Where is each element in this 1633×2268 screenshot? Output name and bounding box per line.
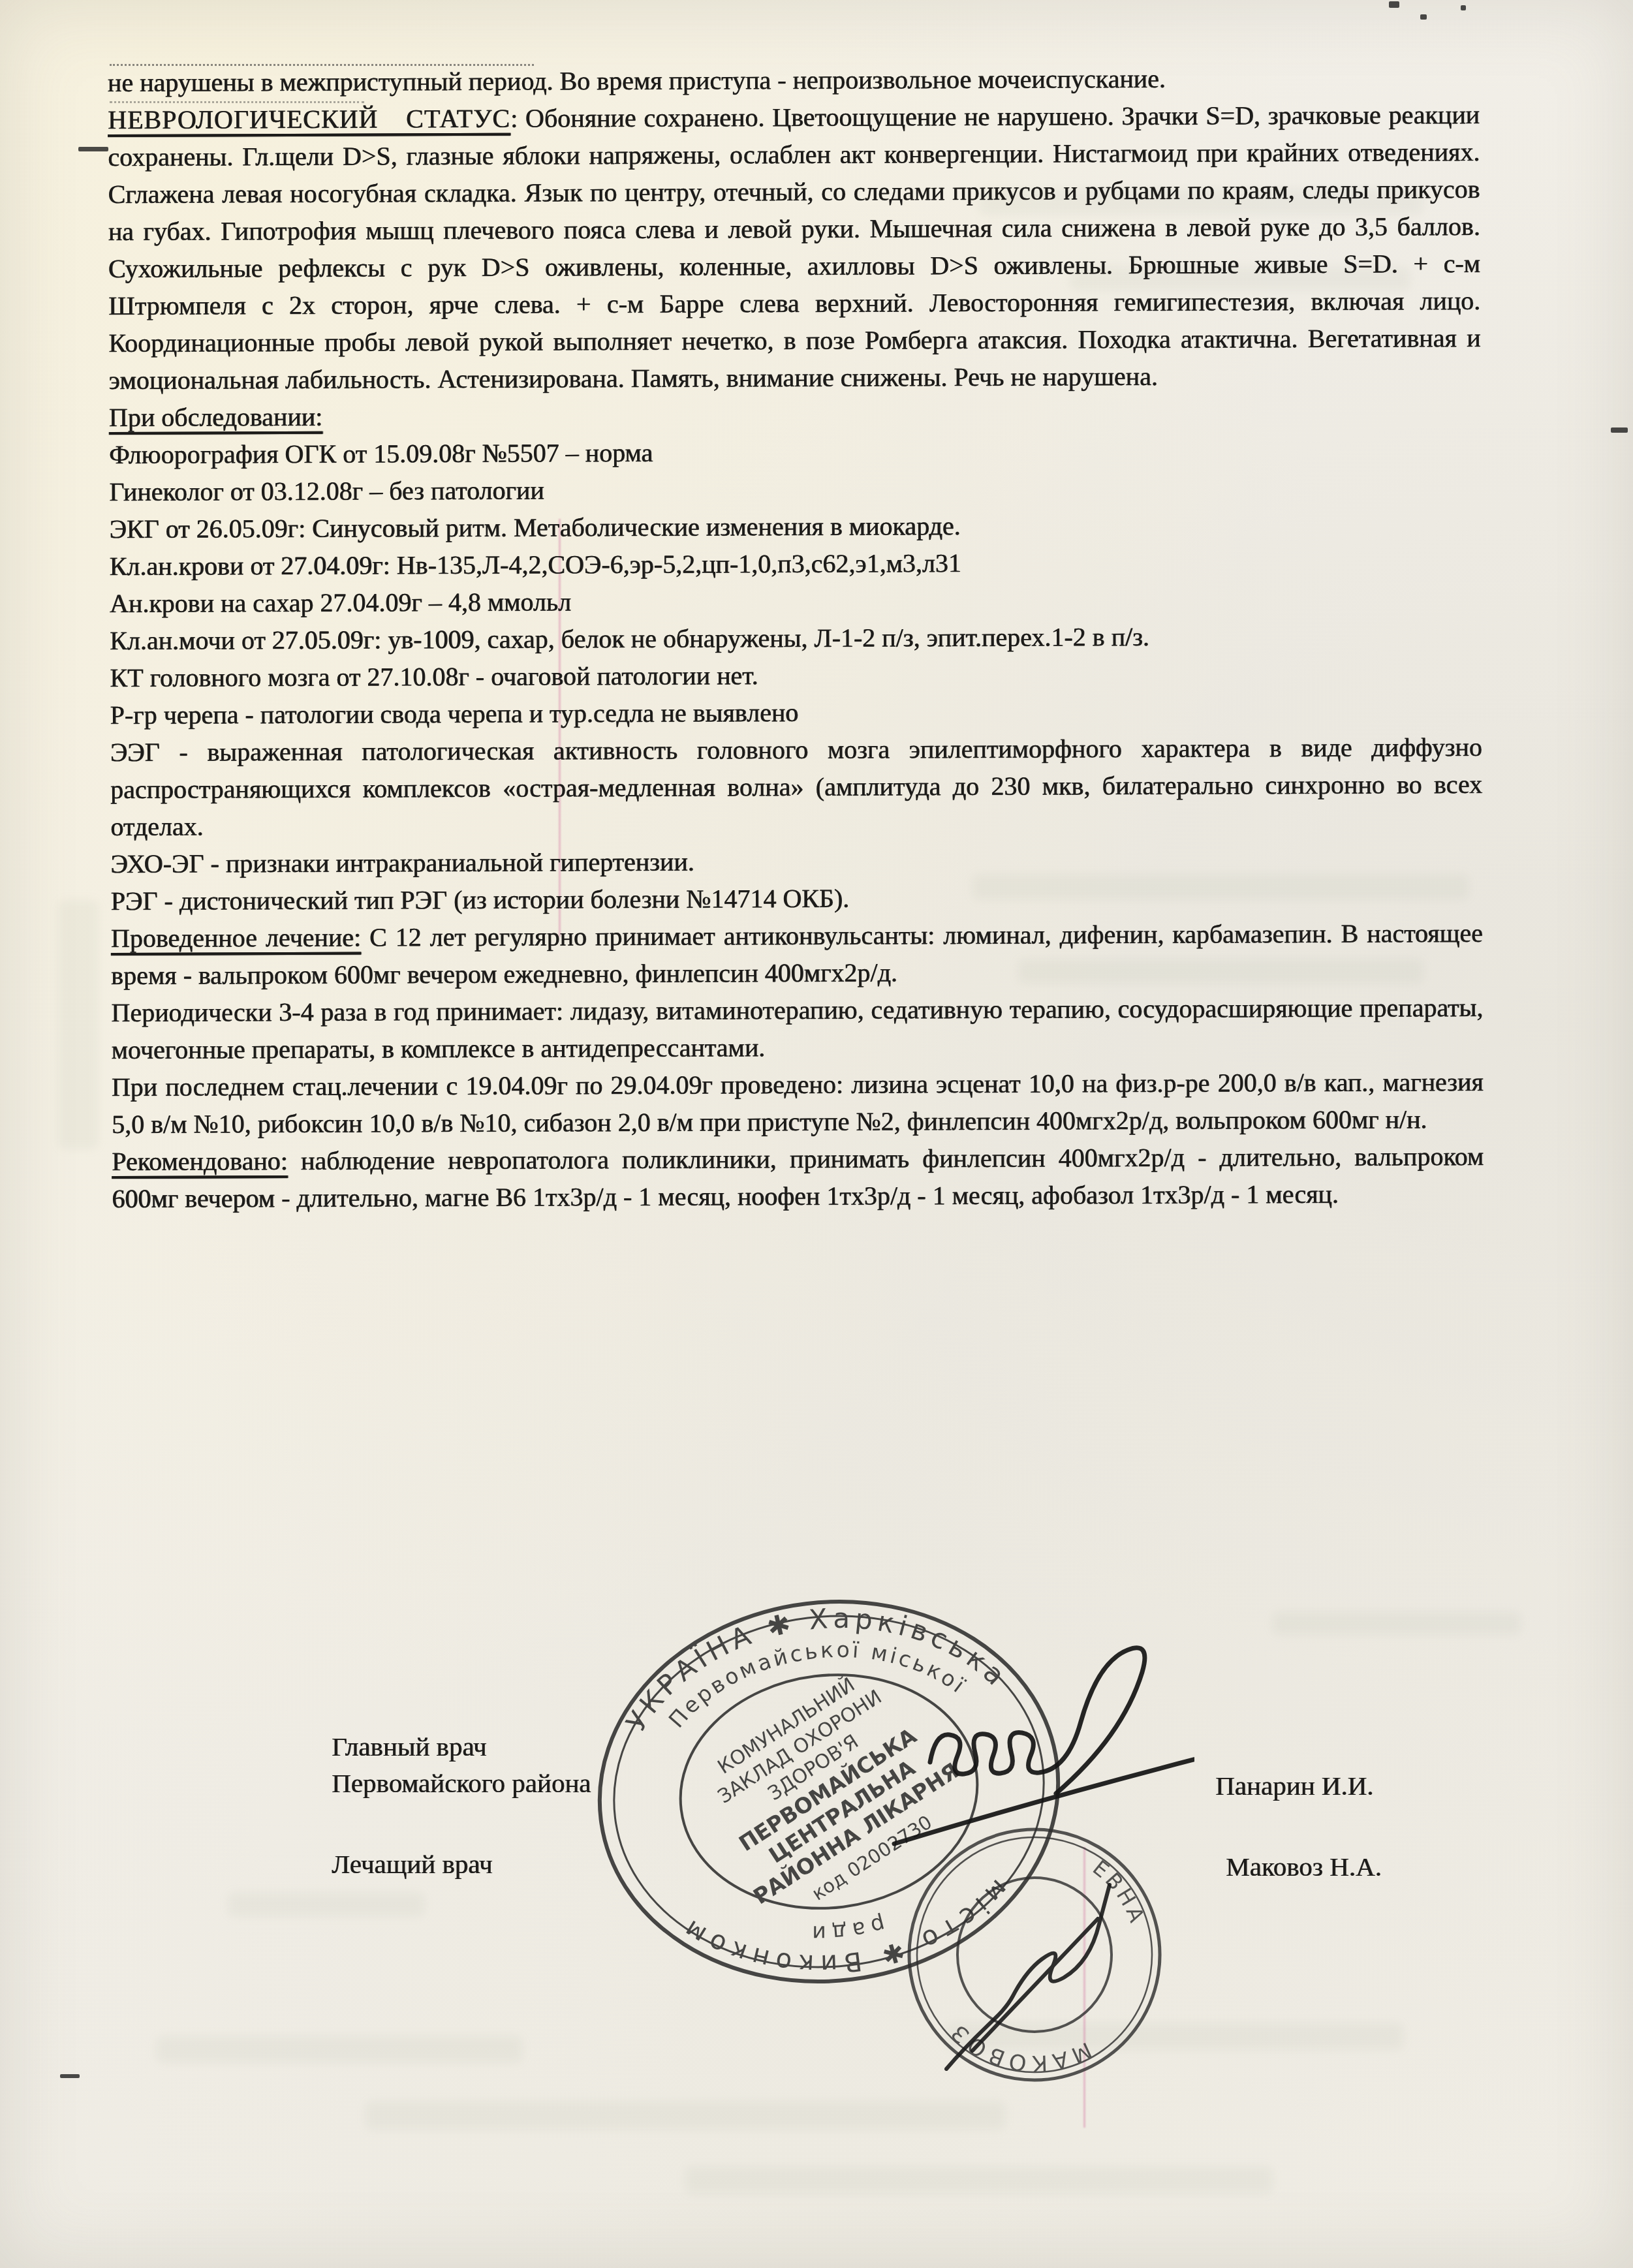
chief-doctor-name: Панарин И.И. (1215, 1767, 1373, 1804)
chief-doctor-role-line2: Первомайского района (332, 1765, 591, 1801)
treatment-heading: Проведенное лечение: (111, 923, 361, 953)
scanned-document-page: не нарушены в межприступный период. Во в… (0, 0, 1633, 2268)
examination-item: Гинеколог от 03.12.08г – без патологии (109, 468, 1481, 510)
examination-item: КТ головного мозга от 27.10.08г - очагов… (110, 654, 1482, 696)
examination-item: Кл.ан.крови от 27.04.09г: Нв-135,Л-4,2,С… (109, 542, 1481, 585)
examination-item: ЭЭГ - выраженная патологическая активнос… (110, 728, 1483, 845)
scan-speck (1461, 5, 1466, 10)
examination-item: Р-гр черепа - патологии свода черепа и т… (110, 691, 1482, 734)
scan-speck (60, 2074, 80, 2078)
recommendations-text: наблюдение невропатолога поликлиники, пр… (112, 1142, 1484, 1213)
chief-doctor-role-line1: Главный врач (332, 1728, 486, 1765)
examinations-heading-text: При обследовании: (109, 402, 323, 432)
recommendations-heading: Рекомендовано: (112, 1146, 288, 1176)
bleedthrough-smudge (59, 901, 98, 1149)
attending-doctor-name: Маковоз Н.А. (1226, 1848, 1382, 1885)
neuro-status-paragraph: НЕВРОЛОГИЧЕСКИЙ СТАТУС: Обоняние сохране… (108, 96, 1481, 399)
neuro-status-heading: НЕВРОЛОГИЧЕСКИЙ СТАТУС (108, 104, 510, 134)
recommendations-paragraph: Рекомендовано: наблюдение невропатолога … (112, 1138, 1484, 1217)
scan-speck (1420, 14, 1427, 20)
treatment-paragraph: Проведенное лечение: С 12 лет регулярно … (111, 914, 1483, 994)
examination-item: РЭГ - дистонический тип РЭГ (из истории … (110, 877, 1482, 920)
signature-loops (930, 1648, 1145, 1794)
bleedthrough-smudge (228, 1893, 424, 1916)
examination-item: Кл.ан.мочи от 27.05.09г: ув-1009, сахар,… (110, 617, 1482, 659)
hospital-stamp: УКРАЇНА ✱ Харківська місто ✱ Виконком Пе… (578, 1576, 1080, 2007)
neuro-status-text: : Обоняние сохранено. Цветоощущение не н… (108, 100, 1480, 395)
examination-item: ЭКГ от 26.05.09г: Синусовый ритм. Метабо… (109, 505, 1481, 548)
stamps-and-signatures: УКРАЇНА ✱ Харківська місто ✱ Виконком Пе… (555, 1553, 1194, 2154)
scan-speck (78, 147, 108, 151)
treatment-paragraph-2: Периодически 3-4 раза в год принимает: л… (111, 989, 1483, 1068)
bleedthrough-smudge (685, 2167, 1273, 2193)
document-body: не нарушены в межприступный период. Во в… (108, 59, 1484, 1217)
treatment-paragraph-3: При последнем стац.лечении с 19.04.09г п… (112, 1063, 1484, 1143)
examinations-list: Флюорография ОГК от 15.09.08г №5507 – но… (109, 431, 1483, 920)
bleedthrough-smudge (157, 2036, 522, 2062)
attending-doctor-role: Лечащий врач (332, 1846, 492, 1882)
scan-speck (1389, 1, 1399, 8)
scan-speck (1611, 427, 1628, 433)
examination-item: Ан.крови на сахар 27.04.09г – 4,8 ммольл (110, 580, 1482, 622)
intro-paragraph: не нарушены в межприступный период. Во в… (108, 59, 1480, 101)
examination-item: Флюорография ОГК от 15.09.08г №5507 – но… (109, 431, 1481, 473)
examinations-heading: При обследовании: (109, 394, 1481, 436)
examination-item: ЭХО-ЭГ - признаки интракраниальной гипер… (110, 840, 1482, 882)
bleedthrough-smudge (1273, 1612, 1521, 1634)
